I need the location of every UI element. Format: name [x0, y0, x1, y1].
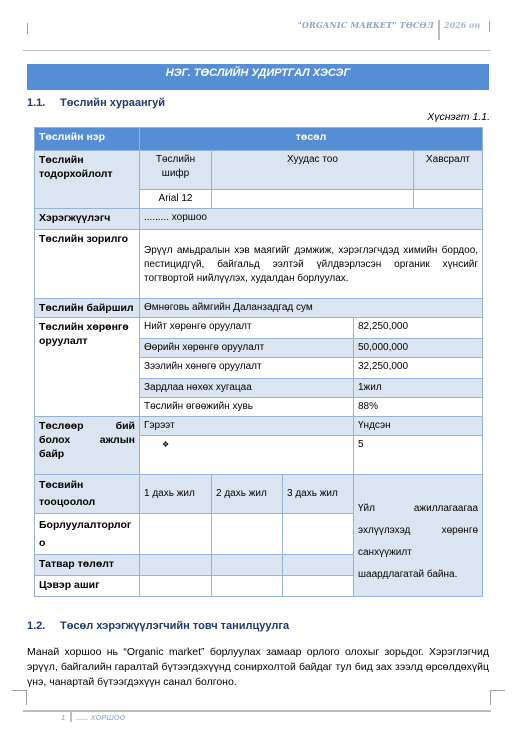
section-title: Төсөл хэрэгжүүлэгчийн товч танилцуулга [60, 620, 289, 632]
implementer-label: Хэрэгжүүлэгч [35, 209, 140, 230]
year-2-header: 2 дахь жил [212, 475, 283, 514]
budget-cell [140, 555, 212, 576]
investment-row-label: Зардлаа нөхөх хугацаа [140, 379, 354, 398]
jobs-contract-value: ❖ [140, 436, 354, 475]
investment-row-value: 1жил [354, 379, 483, 398]
project-name-label: Төслийн нэр [35, 128, 140, 151]
year-3-header: 3 дахь жил [283, 475, 354, 514]
header-divider [438, 20, 440, 40]
page-corner-mark [12, 690, 27, 705]
budget-cell [283, 576, 354, 597]
budget-cell [212, 514, 283, 555]
header-corner-mark [489, 21, 490, 32]
footer-rule [23, 710, 491, 712]
project-name-value: төсөл [140, 128, 483, 151]
investment-row-value: 32,250,000 [354, 358, 483, 379]
implementer-intro-paragraph: Манай хоршоо нь “Organic market” борлуул… [27, 645, 489, 690]
header-rule [23, 50, 491, 51]
budget-cell [140, 514, 212, 555]
section-title: Төслийн хураангуй [60, 97, 165, 109]
appendix-label: Хавсралт [414, 151, 483, 190]
pages-value [212, 190, 414, 209]
section-heading-1-1: 1.1.Төслийн хураангуй [27, 97, 165, 109]
investment-row-value: 88% [354, 398, 483, 417]
footer-org: ...... ХОРШОО [76, 713, 125, 722]
header-year: 2026 он [444, 20, 480, 30]
goal-label: Төслийн зорилго [35, 230, 140, 299]
definition-label: Төслийн тодорхойлолт [35, 151, 140, 209]
section-heading-1-2: 1.2.Төсөл хэрэгжүүлэгчийн товч танилцуул… [27, 620, 289, 632]
budget-row-label: Татвар төлөлт [35, 555, 140, 576]
footer-divider [70, 712, 72, 722]
table-caption: Хүснэгт 1.1. [427, 111, 490, 123]
page-corner-mark [490, 690, 505, 705]
appendix-value [414, 190, 483, 209]
pages-label: Хуудас тоо [212, 151, 414, 190]
year-1-header: 1 дахь жил [140, 475, 212, 514]
code-value: Arial 12 [140, 190, 212, 209]
code-label: Төслийн шифр [140, 151, 212, 190]
header-corner-mark [27, 23, 28, 34]
location-label: Төслийн байршил [35, 299, 140, 318]
jobs-contract-label: Гэрээт [140, 417, 354, 436]
budget-cell [283, 514, 354, 555]
investment-row-label: Нийт хөрөнгө оруулалт [140, 318, 354, 339]
goal-value: Эрүүл амьдралын хэв маягийг дэмжиж, хэрэ… [140, 230, 483, 299]
budget-label: Төсвийн тооцоолол [35, 475, 140, 514]
investment-row-value: 50,000,000 [354, 339, 483, 358]
budget-cell [212, 576, 283, 597]
budget-note: Үйл ажиллагаагаа эхлүүлэхэд хөрөнгө санх… [354, 475, 483, 597]
jobs-label: Төслөөр бий болох ажлын байр [35, 417, 140, 475]
jobs-permanent-value: 5 [354, 436, 483, 475]
budget-cell [140, 576, 212, 597]
budget-row-label: Цэвэр ашиг [35, 576, 140, 597]
header-title: "ORGANIC MARKET" ТӨСӨЛ [250, 20, 434, 30]
budget-cell [283, 555, 354, 576]
section-number: 1.2. [27, 620, 60, 632]
budget-cell [212, 555, 283, 576]
chapter-banner: НЭГ. ТӨСЛИЙН УДИРТГАЛ ХЭСЭГ [27, 64, 489, 90]
project-summary-table: Төслийн нэр төсөл Төслийн тодорхойлолт Т… [34, 127, 483, 597]
investment-row-label: Өөрийн хөрөнгө оруулалт [140, 339, 354, 358]
investment-row-label: Зээлийн хөнөгө оруулалт [140, 358, 354, 379]
section-number: 1.1. [27, 97, 60, 109]
implementer-value: ......... хоршоо [140, 209, 483, 230]
investment-row-label: Төслийн өгөөжийн хувь [140, 398, 354, 417]
location-value: Өмнөговь аймгийн Даланзадгад сум [140, 299, 483, 318]
diamond-bullet-icon: ❖ [162, 440, 169, 449]
investment-row-value: 82,250,000 [354, 318, 483, 339]
budget-row-label: Борлуулалторлого [35, 514, 140, 555]
investment-label: Төслийн хөрөнгө оруулалт [35, 318, 140, 417]
page-number: 1 [61, 713, 65, 722]
jobs-permanent-label: Үндсэн [354, 417, 483, 436]
